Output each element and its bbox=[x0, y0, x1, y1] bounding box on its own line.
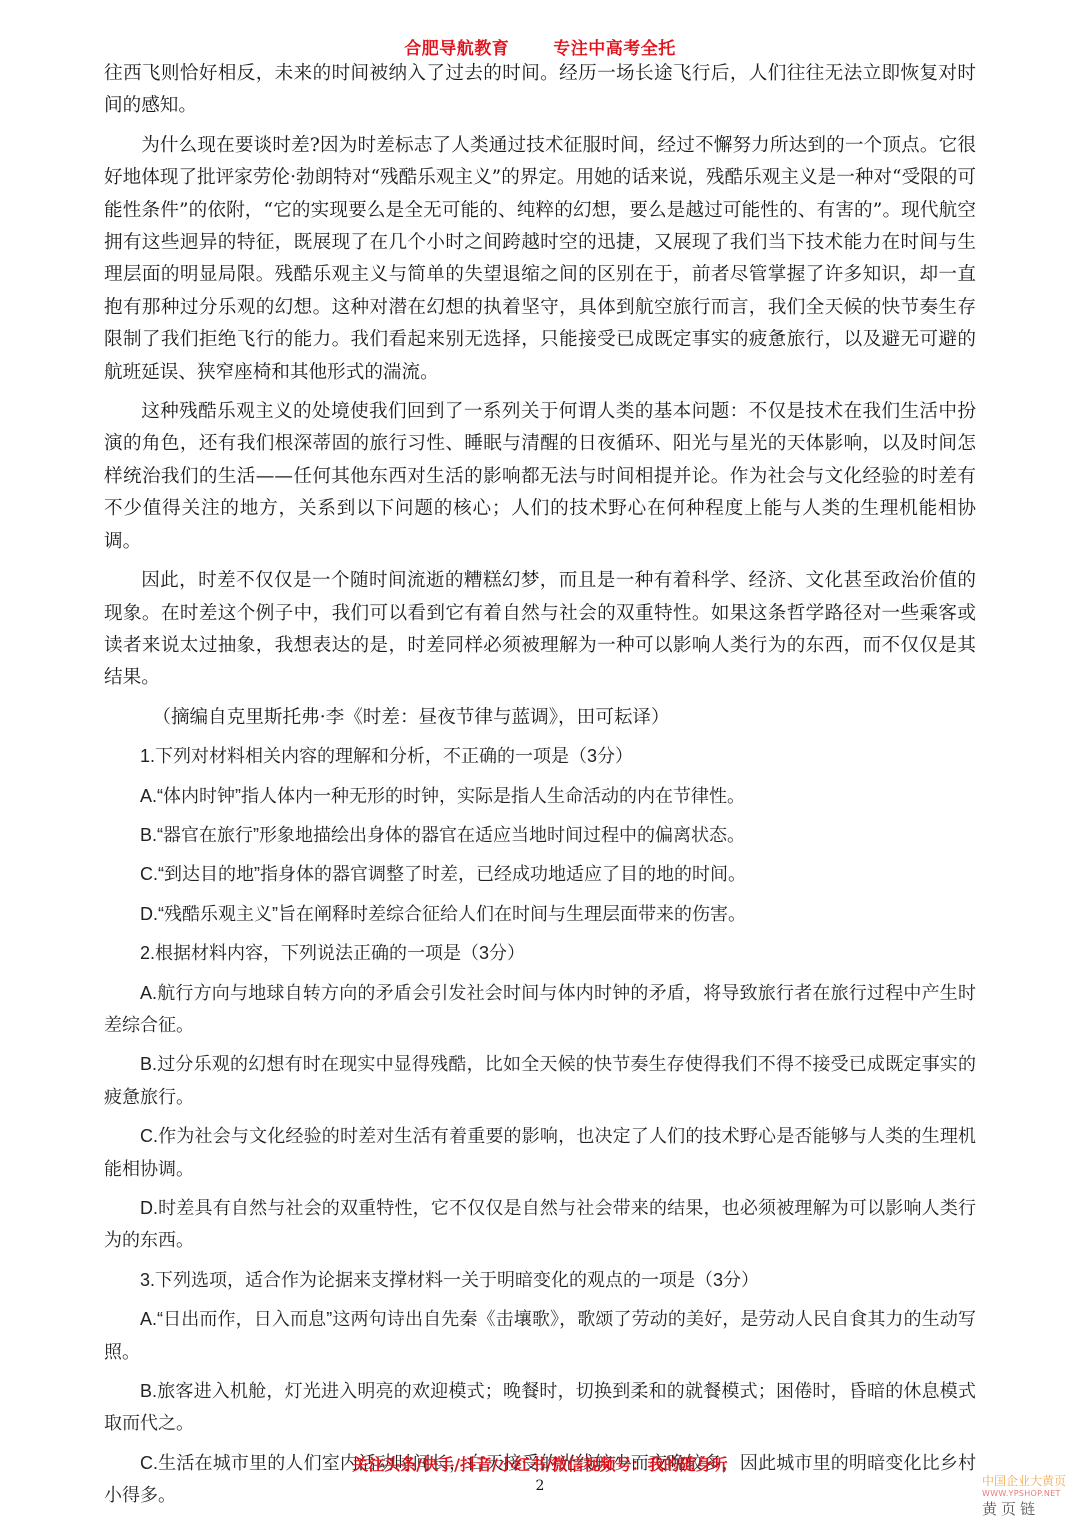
question-option: A.航行方向与地球自转方向的矛盾会引发社会时间与体内时钟的矛盾，将导致旅行者在旅… bbox=[104, 977, 976, 1042]
question-option: B.过分乐观的幻想有时在现实中显得残酷，比如全天候的快节奏生存使得我们不得不接受… bbox=[104, 1048, 976, 1113]
article-paragraph: 为什么现在要谈时差?因为时差标志了人类通过技术征服时间，经过不懈努力所达到的一个… bbox=[104, 130, 976, 389]
question-option: A.“日出而作，日入而息”这两句诗出自先秦《击壤歌》，歌颂了劳动的美好，是劳动人… bbox=[104, 1303, 976, 1368]
page-header: 合肥导航教育专注中高考全托 bbox=[0, 34, 1080, 59]
watermark-url: WWW.YPSHOP.NET bbox=[982, 1488, 1074, 1500]
question-1: 1.下列对材料相关内容的理解和分析，不正确的一项是（3分） A.“体内时钟”指人… bbox=[104, 740, 976, 930]
watermark-name: 黄页链 bbox=[982, 1500, 1074, 1518]
question-option: D.“残酷乐观主义”旨在阐释时差综合征给人们在时间与生理层面带来的伤害。 bbox=[104, 898, 976, 930]
question-stem: 3.下列选项，适合作为论据来支撑材料一关于明暗变化的观点的一项是（3分） bbox=[104, 1264, 976, 1296]
question-option: A.“体内时钟”指人体内一种无形的时钟，实际是指人生命活动的内在节律性。 bbox=[104, 780, 976, 812]
footer-promo: 关注头条/快手/抖音/小红书/微信视频号：我的随身听 bbox=[0, 1452, 1080, 1475]
question-option: C.作为社会与文化经验的时差对生活有着重要的影响，也决定了人们的技术野心是否能够… bbox=[104, 1120, 976, 1185]
article-paragraph: 因此，时差不仅仅是一个随时间流逝的糟糕幻梦，而且是一种有着科学、经济、文化甚至政… bbox=[104, 565, 976, 695]
document-body: 往西飞则恰好相反，未来的时间被纳入了过去的时间。经历一场长途飞行后，人们往往无法… bbox=[104, 58, 976, 1519]
question-option: D.时差具有自然与社会的双重特性，它不仅仅是自然与社会带来的结果，也必须被理解为… bbox=[104, 1192, 976, 1257]
header-org: 合肥导航教育 bbox=[404, 39, 509, 59]
watermark-logo: 中国企业大黄页 WWW.YPSHOP.NET 黄页链 bbox=[982, 1474, 1074, 1518]
question-option: C.“到达目的地”指身体的器官调整了时差，已经成功地适应了目的地的时间。 bbox=[104, 858, 976, 890]
header-slogan: 专注中高考全托 bbox=[553, 39, 676, 59]
question-option: B.“器官在旅行”形象地描绘出身体的器官在适应当地时间过程中的偏离状态。 bbox=[104, 819, 976, 851]
article-paragraph: 往西飞则恰好相反，未来的时间被纳入了过去的时间。经历一场长途飞行后，人们往往无法… bbox=[104, 58, 976, 123]
question-stem: 1.下列对材料相关内容的理解和分析，不正确的一项是（3分） bbox=[104, 740, 976, 772]
question-option: B.旅客进入机舱，灯光进入明亮的欢迎模式；晚餐时，切换到柔和的就餐模式；困倦时，… bbox=[104, 1375, 976, 1440]
article-source: （摘编自克里斯托弗·李《时差：昼夜节律与蓝调》，田可耘译） bbox=[104, 702, 976, 734]
question-stem: 2.根据材料内容，下列说法正确的一项是（3分） bbox=[104, 937, 976, 969]
page-number: 2 bbox=[0, 1478, 1080, 1494]
question-2: 2.根据材料内容，下列说法正确的一项是（3分） A.航行方向与地球自转方向的矛盾… bbox=[104, 937, 976, 1257]
article-paragraph: 这种残酷乐观主义的处境使我们回到了一系列关于何谓人类的基本问题：不仅是技术在我们… bbox=[104, 396, 976, 558]
watermark-cn: 中国企业大黄页 bbox=[982, 1474, 1074, 1488]
